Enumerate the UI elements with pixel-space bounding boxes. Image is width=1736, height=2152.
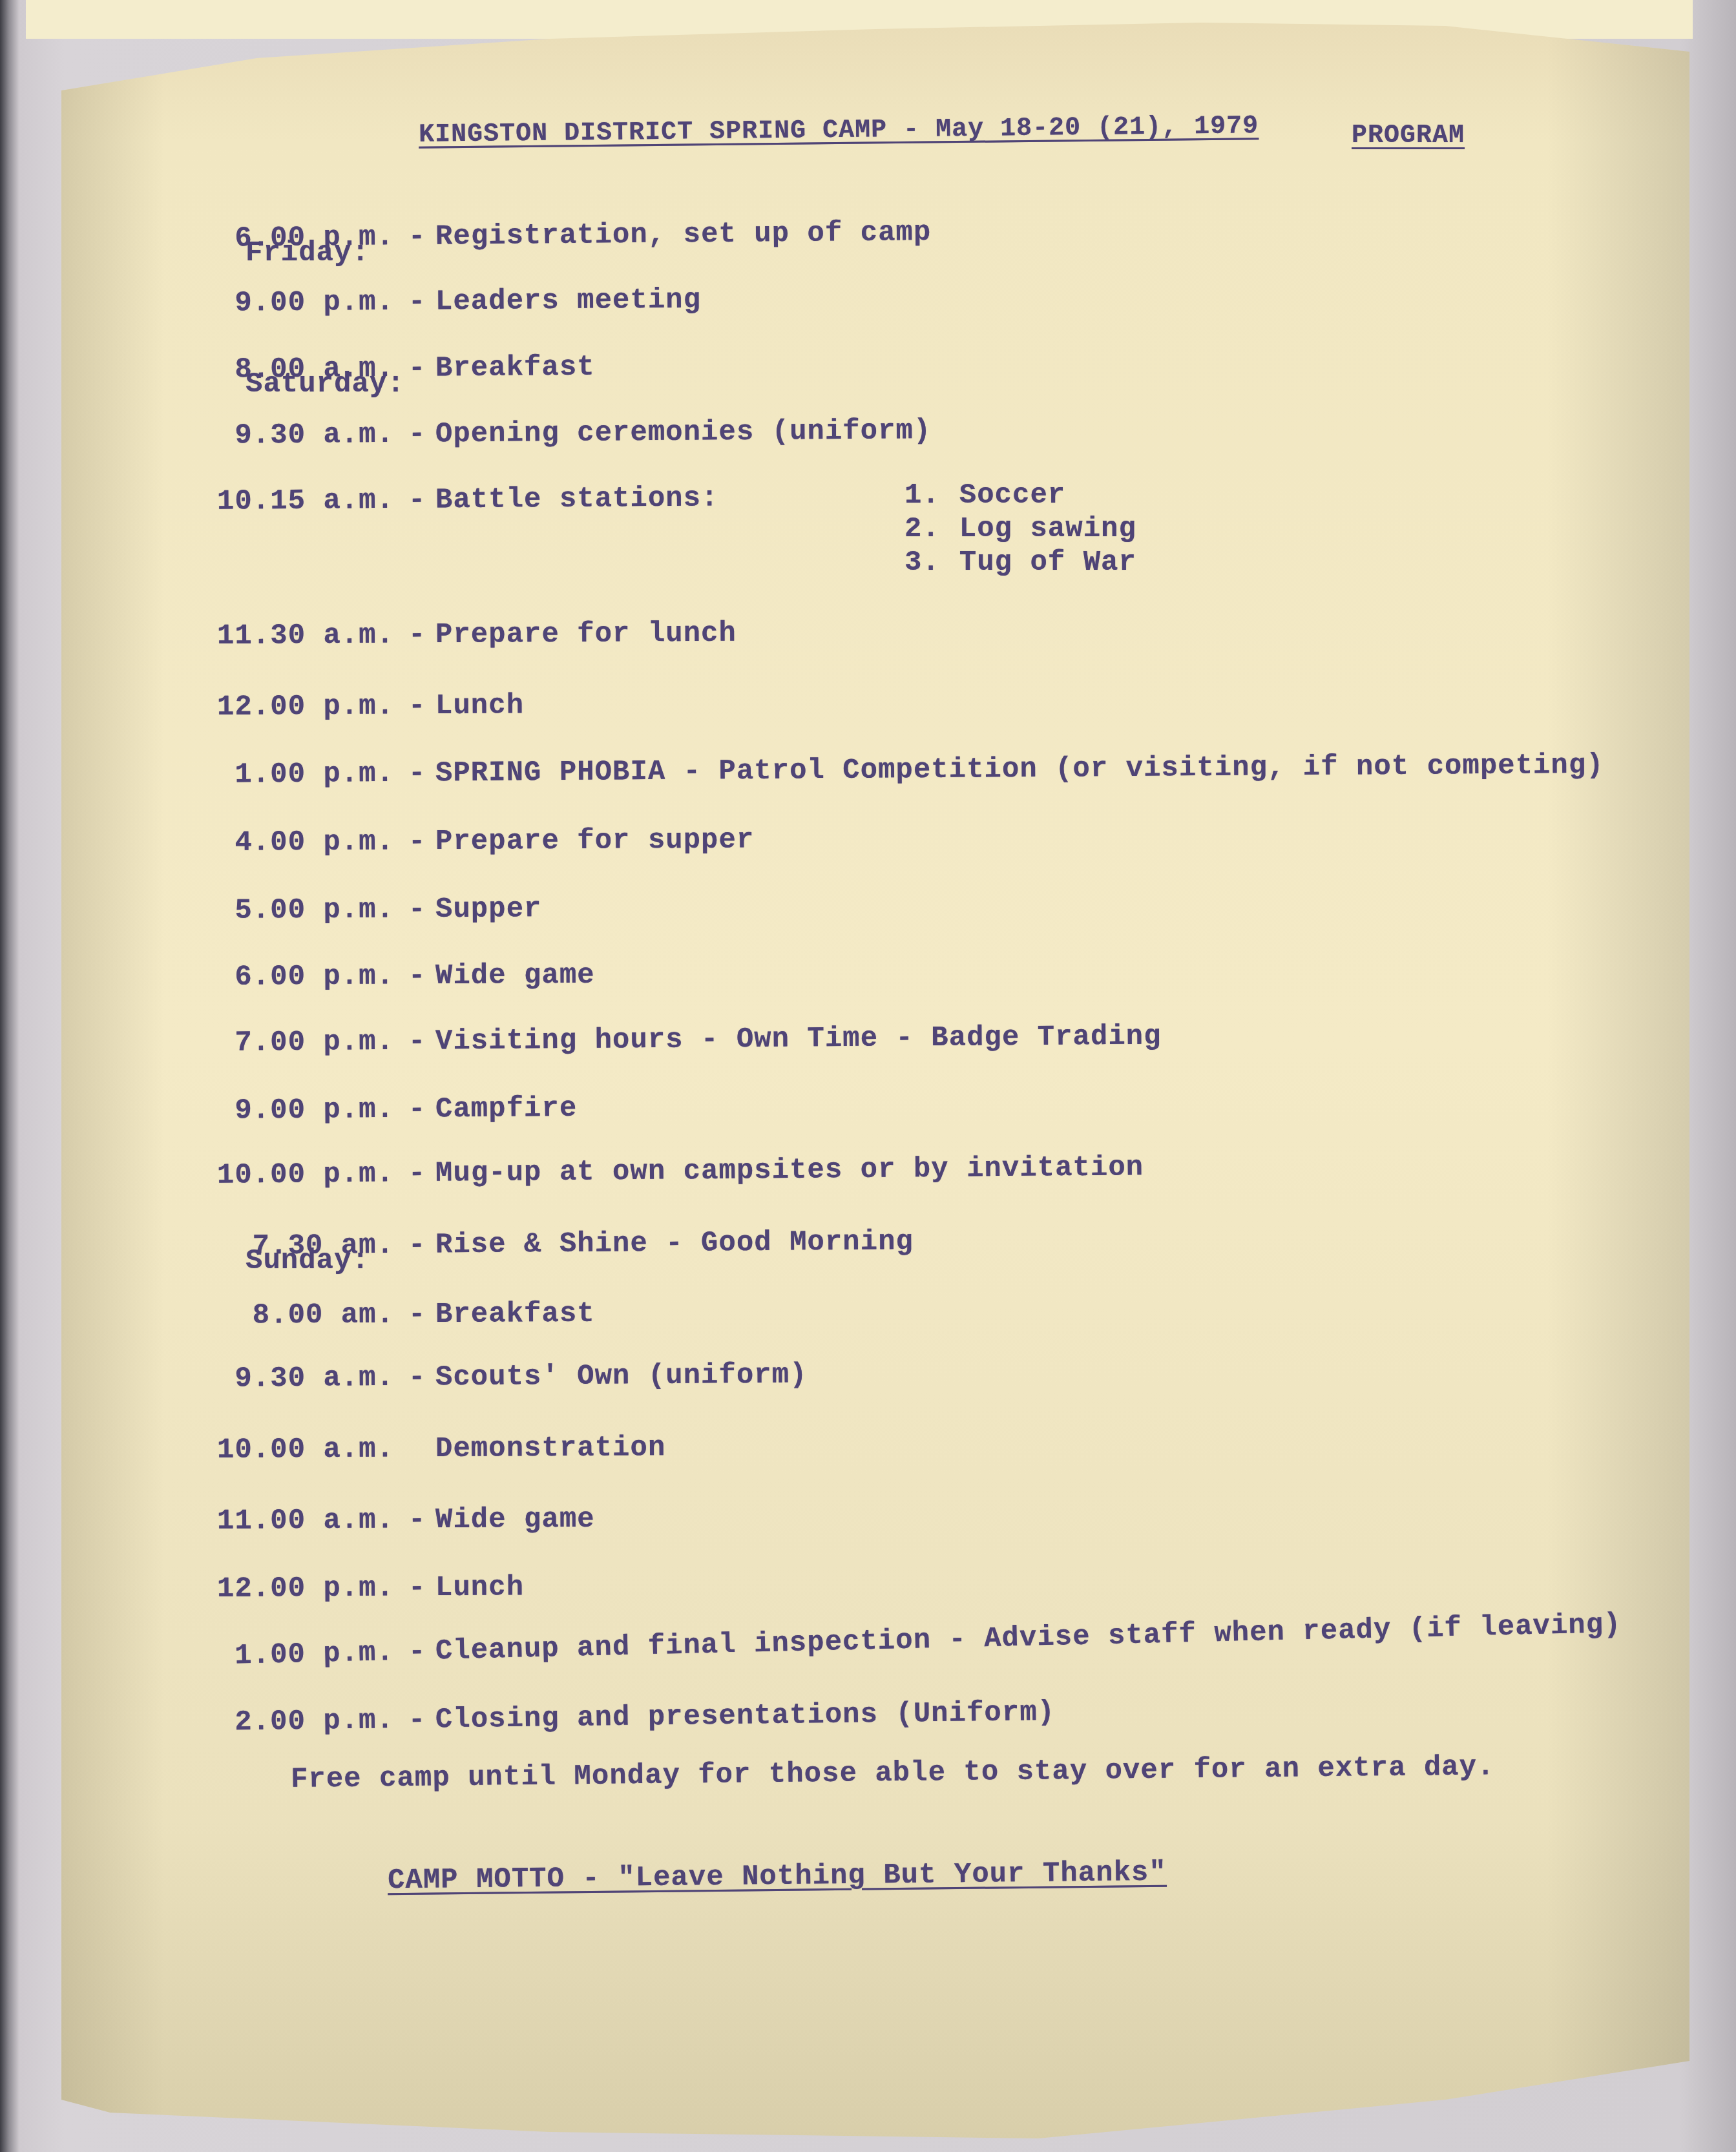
- dash-separator: -: [408, 1026, 421, 1058]
- activity: Supper: [435, 893, 542, 926]
- dash-separator: -: [408, 826, 421, 858]
- time: 4.00 p.m.: [194, 826, 394, 859]
- battle-station-item: 3.Tug of War: [905, 547, 1136, 580]
- time: 8.00 am.: [194, 1299, 394, 1332]
- dash-separator: -: [408, 893, 421, 926]
- time: 12.00 p.m.: [194, 690, 394, 724]
- activity: Prepare for supper: [435, 824, 755, 858]
- dash-separator: -: [408, 1636, 421, 1668]
- station-name: Soccer: [959, 479, 1065, 513]
- schedule-row: 9.00 p.m.-Leaders meeting: [194, 284, 701, 320]
- time: 11.30 a.m.: [194, 619, 394, 653]
- time: 10.00 a.m.: [194, 1433, 394, 1467]
- activity: Wide game: [435, 1503, 595, 1536]
- dash-separator: -: [408, 1158, 421, 1190]
- dash-separator: -: [408, 419, 421, 451]
- battle-station-item: 1.Soccer: [905, 479, 1136, 513]
- dash-separator: -: [408, 1704, 422, 1737]
- activity: Campfire: [435, 1092, 578, 1126]
- activity: Mug-up at own campsites or by invitation: [435, 1151, 1144, 1190]
- time: 5.00 p.m.: [194, 893, 394, 927]
- schedule-row: 11.00 a.m.-Wide game: [194, 1503, 595, 1538]
- battle-station-item: 2.Log sawing: [905, 513, 1136, 547]
- station-name: Log sawing: [959, 513, 1136, 547]
- schedule-row: 4.00 p.m.-Prepare for supper: [194, 824, 755, 859]
- time: 2.00 p.m.: [194, 1704, 395, 1739]
- schedule-row: 6.00 p.m.-Wide game: [194, 959, 595, 994]
- time: 6.00 p.m.: [194, 221, 394, 255]
- time: 12.00 p.m.: [194, 1572, 394, 1605]
- activity: Scouts' Own (uniform): [435, 1359, 808, 1394]
- activity: Lunch: [435, 1571, 524, 1604]
- schedule-row: 7.30 am.-Rise & Shine - Good Morning: [194, 1226, 914, 1263]
- activity: Lunch: [435, 689, 524, 722]
- paper-sheet: [61, 13, 1689, 2145]
- dash-separator: -: [408, 960, 421, 992]
- program-label: PROGRAM: [1352, 121, 1465, 151]
- time: 9.30 a.m.: [194, 419, 394, 452]
- activity: Breakfast: [435, 1298, 595, 1331]
- activity: Rise & Shine - Good Morning: [435, 1226, 914, 1261]
- time: 7.30 am.: [194, 1229, 394, 1263]
- time: 9.00 p.m.: [194, 286, 394, 320]
- station-name: Tug of War: [959, 547, 1136, 580]
- dash-separator: -: [408, 1299, 421, 1331]
- station-number: 2.: [905, 513, 940, 547]
- dash-separator: -: [408, 353, 421, 385]
- dash-separator: -: [408, 758, 421, 790]
- schedule-row: 10.15 a.m.-Battle stations:: [194, 482, 719, 518]
- activity: Leaders meeting: [435, 284, 701, 319]
- schedule-row: 5.00 p.m.-Supper: [194, 893, 542, 927]
- schedule-row: 9.30 a.m.-Opening ceremonies (uniform): [194, 415, 932, 452]
- battle-stations-list: 1.Soccer2.Log sawing3.Tug of War: [905, 479, 1136, 580]
- activity: Breakfast: [435, 351, 595, 385]
- schedule-row: 9.30 a.m.-Scouts' Own (uniform): [194, 1359, 808, 1395]
- schedule-row: 7.00 p.m.-Visiting hours - Own Time - Ba…: [194, 1021, 1162, 1060]
- schedule-row: 10.00 a.m.Demonstration: [194, 1432, 666, 1467]
- schedule-row: 6.00 p.m.-Registration, set up of camp: [194, 216, 932, 255]
- activity: Prepare for lunch: [435, 618, 737, 651]
- time: 8.00 a.m.: [194, 353, 394, 386]
- station-number: 1.: [905, 479, 940, 513]
- time: 7.00 p.m.: [194, 1026, 394, 1060]
- dash-separator: -: [408, 485, 421, 517]
- time: 11.00 a.m.: [194, 1504, 394, 1538]
- activity: Demonstration: [435, 1432, 666, 1465]
- time: 10.00 p.m.: [194, 1158, 394, 1192]
- time: 1.00 p.m.: [194, 758, 394, 791]
- time: 9.30 a.m.: [194, 1362, 394, 1395]
- dash-separator: -: [408, 619, 421, 651]
- time: 10.15 a.m.: [194, 485, 394, 518]
- time: 1.00 p.m.: [193, 1636, 394, 1673]
- dash-separator: -: [408, 1094, 421, 1126]
- dash-separator: -: [408, 690, 421, 722]
- time: 9.00 p.m.: [194, 1094, 394, 1127]
- dash-separator: -: [408, 1229, 421, 1262]
- schedule-row: 8.00 a.m.-Breakfast: [194, 351, 595, 386]
- time: 6.00 p.m.: [194, 960, 394, 994]
- dash-separator: -: [408, 1572, 421, 1604]
- schedule-row: 8.00 am.-Breakfast: [194, 1298, 595, 1332]
- schedule-row: 11.30 a.m.-Prepare for lunch: [194, 618, 737, 653]
- activity: Opening ceremonies (uniform): [435, 415, 932, 450]
- dash-separator: -: [408, 1362, 421, 1394]
- schedule-row: 9.00 p.m.-Campfire: [194, 1092, 578, 1127]
- schedule-row: 12.00 p.m.-Lunch: [194, 1571, 524, 1605]
- dash-separator: -: [408, 221, 421, 253]
- activity: Wide game: [435, 959, 595, 992]
- schedule-row: 12.00 p.m.-Lunch: [194, 689, 524, 724]
- dash-separator: -: [408, 286, 421, 319]
- dash-separator: -: [408, 1504, 421, 1536]
- activity: Visiting hours - Own Time - Badge Tradin…: [435, 1021, 1162, 1058]
- activity: Battle stations:: [435, 482, 719, 516]
- activity: Registration, set up of camp: [435, 216, 932, 253]
- station-number: 3.: [905, 547, 940, 580]
